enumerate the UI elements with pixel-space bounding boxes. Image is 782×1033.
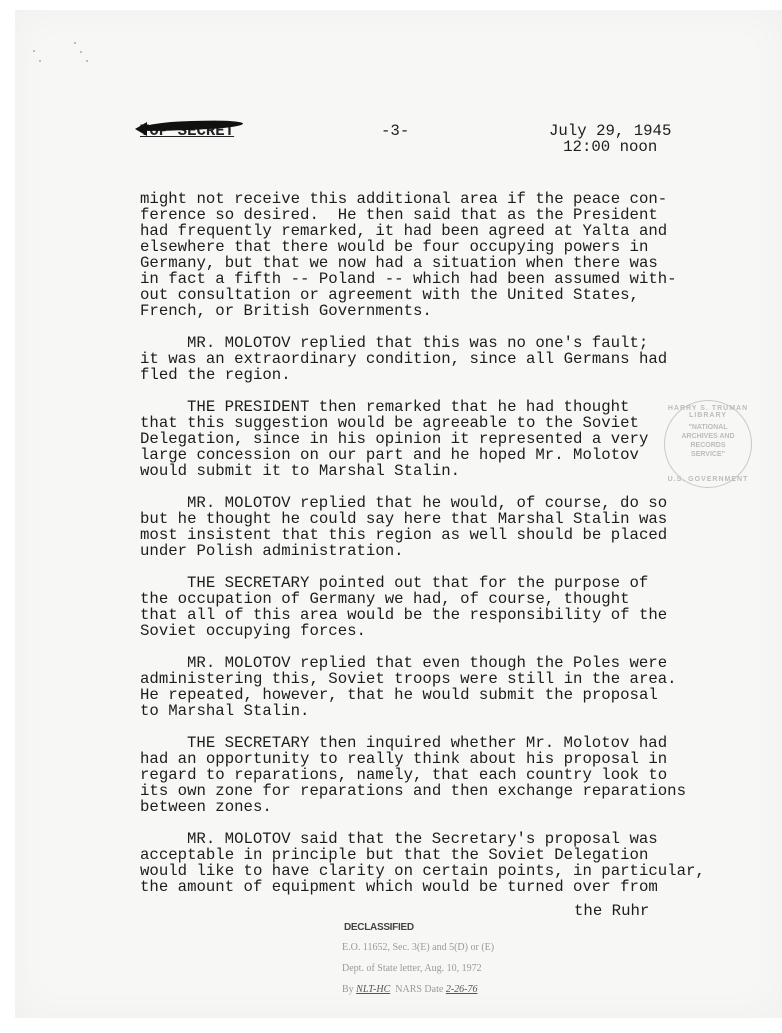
text-line: fled the region. — [140, 367, 740, 383]
declass-signoff: By NLT-HC NARS Date 2-26-76 — [342, 984, 494, 996]
text-line: would submit it to Marshal Stalin. — [140, 463, 740, 479]
text-line: French, or British Governments. — [140, 303, 740, 319]
text-line: between zones. — [140, 799, 740, 815]
paper-speck — [86, 60, 88, 62]
text-line: but he thought he could say here that Ma… — [140, 511, 740, 527]
paragraph: THE PRESIDENT then remarked that he had … — [140, 399, 740, 479]
text-line: ference so desired. He then said that as… — [140, 207, 740, 223]
text-line: MR. MOLOTOV replied that even though the… — [140, 655, 740, 671]
declass-by-label: By — [342, 984, 354, 995]
paragraph: MR. MOLOTOV replied that this was no one… — [140, 335, 740, 383]
archives-stamp: HARRY S. TRUMAN LIBRARY "NATIONAL ARCHIV… — [664, 400, 752, 488]
text-line: it was an extraordinary condition, since… — [140, 351, 740, 367]
text-line: MR. MOLOTOV said that the Secretary's pr… — [140, 831, 740, 847]
text-line: large concession on our part and he hope… — [140, 447, 740, 463]
text-line: that this suggestion would be agreeable … — [140, 415, 740, 431]
text-line: Soviet occupying forces. — [140, 623, 740, 639]
document-body: might not receive this additional area i… — [140, 191, 740, 911]
text-line: might not receive this additional area i… — [140, 191, 740, 207]
text-line: elsewhere that there would be four occup… — [140, 239, 740, 255]
paper-speck — [39, 60, 41, 62]
paper-speck — [33, 50, 35, 52]
document-date: July 29, 1945 — [549, 123, 671, 139]
text-line: that all of this area would be the respo… — [140, 607, 740, 623]
paragraph: MR. MOLOTOV replied that even though the… — [140, 655, 740, 719]
text-line: the occupation of Germany we had, of cou… — [140, 591, 740, 607]
declass-date: 2-26-76 — [446, 984, 478, 995]
text-line: its own zone for reparations and then ex… — [140, 783, 740, 799]
stamp-line: "NATIONAL — [679, 423, 737, 432]
stamp-ring-bottom: U.S. GOVERNMENT — [665, 476, 751, 483]
text-line: MR. MOLOTOV replied that he would, of co… — [140, 495, 740, 511]
stamp-center: "NATIONAL ARCHIVES AND RECORDS SERVICE" — [679, 423, 737, 459]
text-line: to Marshal Stalin. — [140, 703, 740, 719]
text-line: had an opportunity to really think about… — [140, 751, 740, 767]
text-line: Delegation, since in his opinion it repr… — [140, 431, 740, 447]
text-line: He repeated, however, that he would subm… — [140, 687, 740, 703]
text-line: in fact a fifth -- Poland -- which had b… — [140, 271, 740, 287]
text-line: THE PRESIDENT then remarked that he had … — [140, 399, 740, 415]
date-block: July 29, 1945 12:00 noon — [549, 123, 671, 155]
declassified-title: DECLASSIFIED — [344, 922, 494, 933]
stamp-ring-top: HARRY S. TRUMAN LIBRARY — [665, 405, 751, 419]
text-line: acceptable in principle but that the Sov… — [140, 847, 740, 863]
text-line: had frequently remarked, it had been agr… — [140, 223, 740, 239]
text-line: out consultation or agreement with the U… — [140, 287, 740, 303]
declass-letter: Dept. of State letter, Aug. 10, 1972 — [342, 963, 494, 975]
declass-nars-label: NARS Date — [395, 984, 443, 995]
text-line: THE SECRETARY pointed out that for the p… — [140, 575, 740, 591]
text-line: THE SECRETARY then inquired whether Mr. … — [140, 735, 740, 751]
text-line: administering this, Soviet troops were s… — [140, 671, 740, 687]
paper-speck — [80, 51, 82, 53]
paragraph: MR. MOLOTOV said that the Secretary's pr… — [140, 831, 740, 895]
stamp-line: ARCHIVES AND — [679, 432, 737, 441]
stamp-line: SERVICE" — [679, 450, 737, 459]
page-number: -3- — [381, 123, 409, 139]
paragraph: THE SECRETARY then inquired whether Mr. … — [140, 735, 740, 815]
stamp-line: RECORDS — [679, 441, 737, 450]
paragraph: MR. MOLOTOV replied that he would, of co… — [140, 495, 740, 559]
text-line: under Polish administration. — [140, 543, 740, 559]
text-line: would like to have clarity on certain po… — [140, 863, 740, 879]
declassification-stamp: DECLASSIFIED E.O. 11652, Sec. 3(E) and 5… — [342, 922, 494, 996]
strikeout-arrow-icon — [135, 122, 147, 136]
declass-initials: NLT-HC — [356, 984, 390, 995]
catchword: the Ruhr — [574, 903, 649, 919]
text-line: regard to reparations, namely, that each… — [140, 767, 740, 783]
text-line: most insistent that this region as well … — [140, 527, 740, 543]
paragraph: THE SECRETARY pointed out that for the p… — [140, 575, 740, 639]
paper-speck — [74, 42, 76, 44]
text-line: MR. MOLOTOV replied that this was no one… — [140, 335, 740, 351]
paragraph: might not receive this additional area i… — [140, 191, 740, 319]
declass-authority: E.O. 11652, Sec. 3(E) and 5(D) or (E) — [342, 942, 494, 954]
text-line: the amount of equipment which would be t… — [140, 879, 740, 895]
text-line: Germany, but that we now had a situation… — [140, 255, 740, 271]
document-time: 12:00 noon — [549, 139, 671, 155]
